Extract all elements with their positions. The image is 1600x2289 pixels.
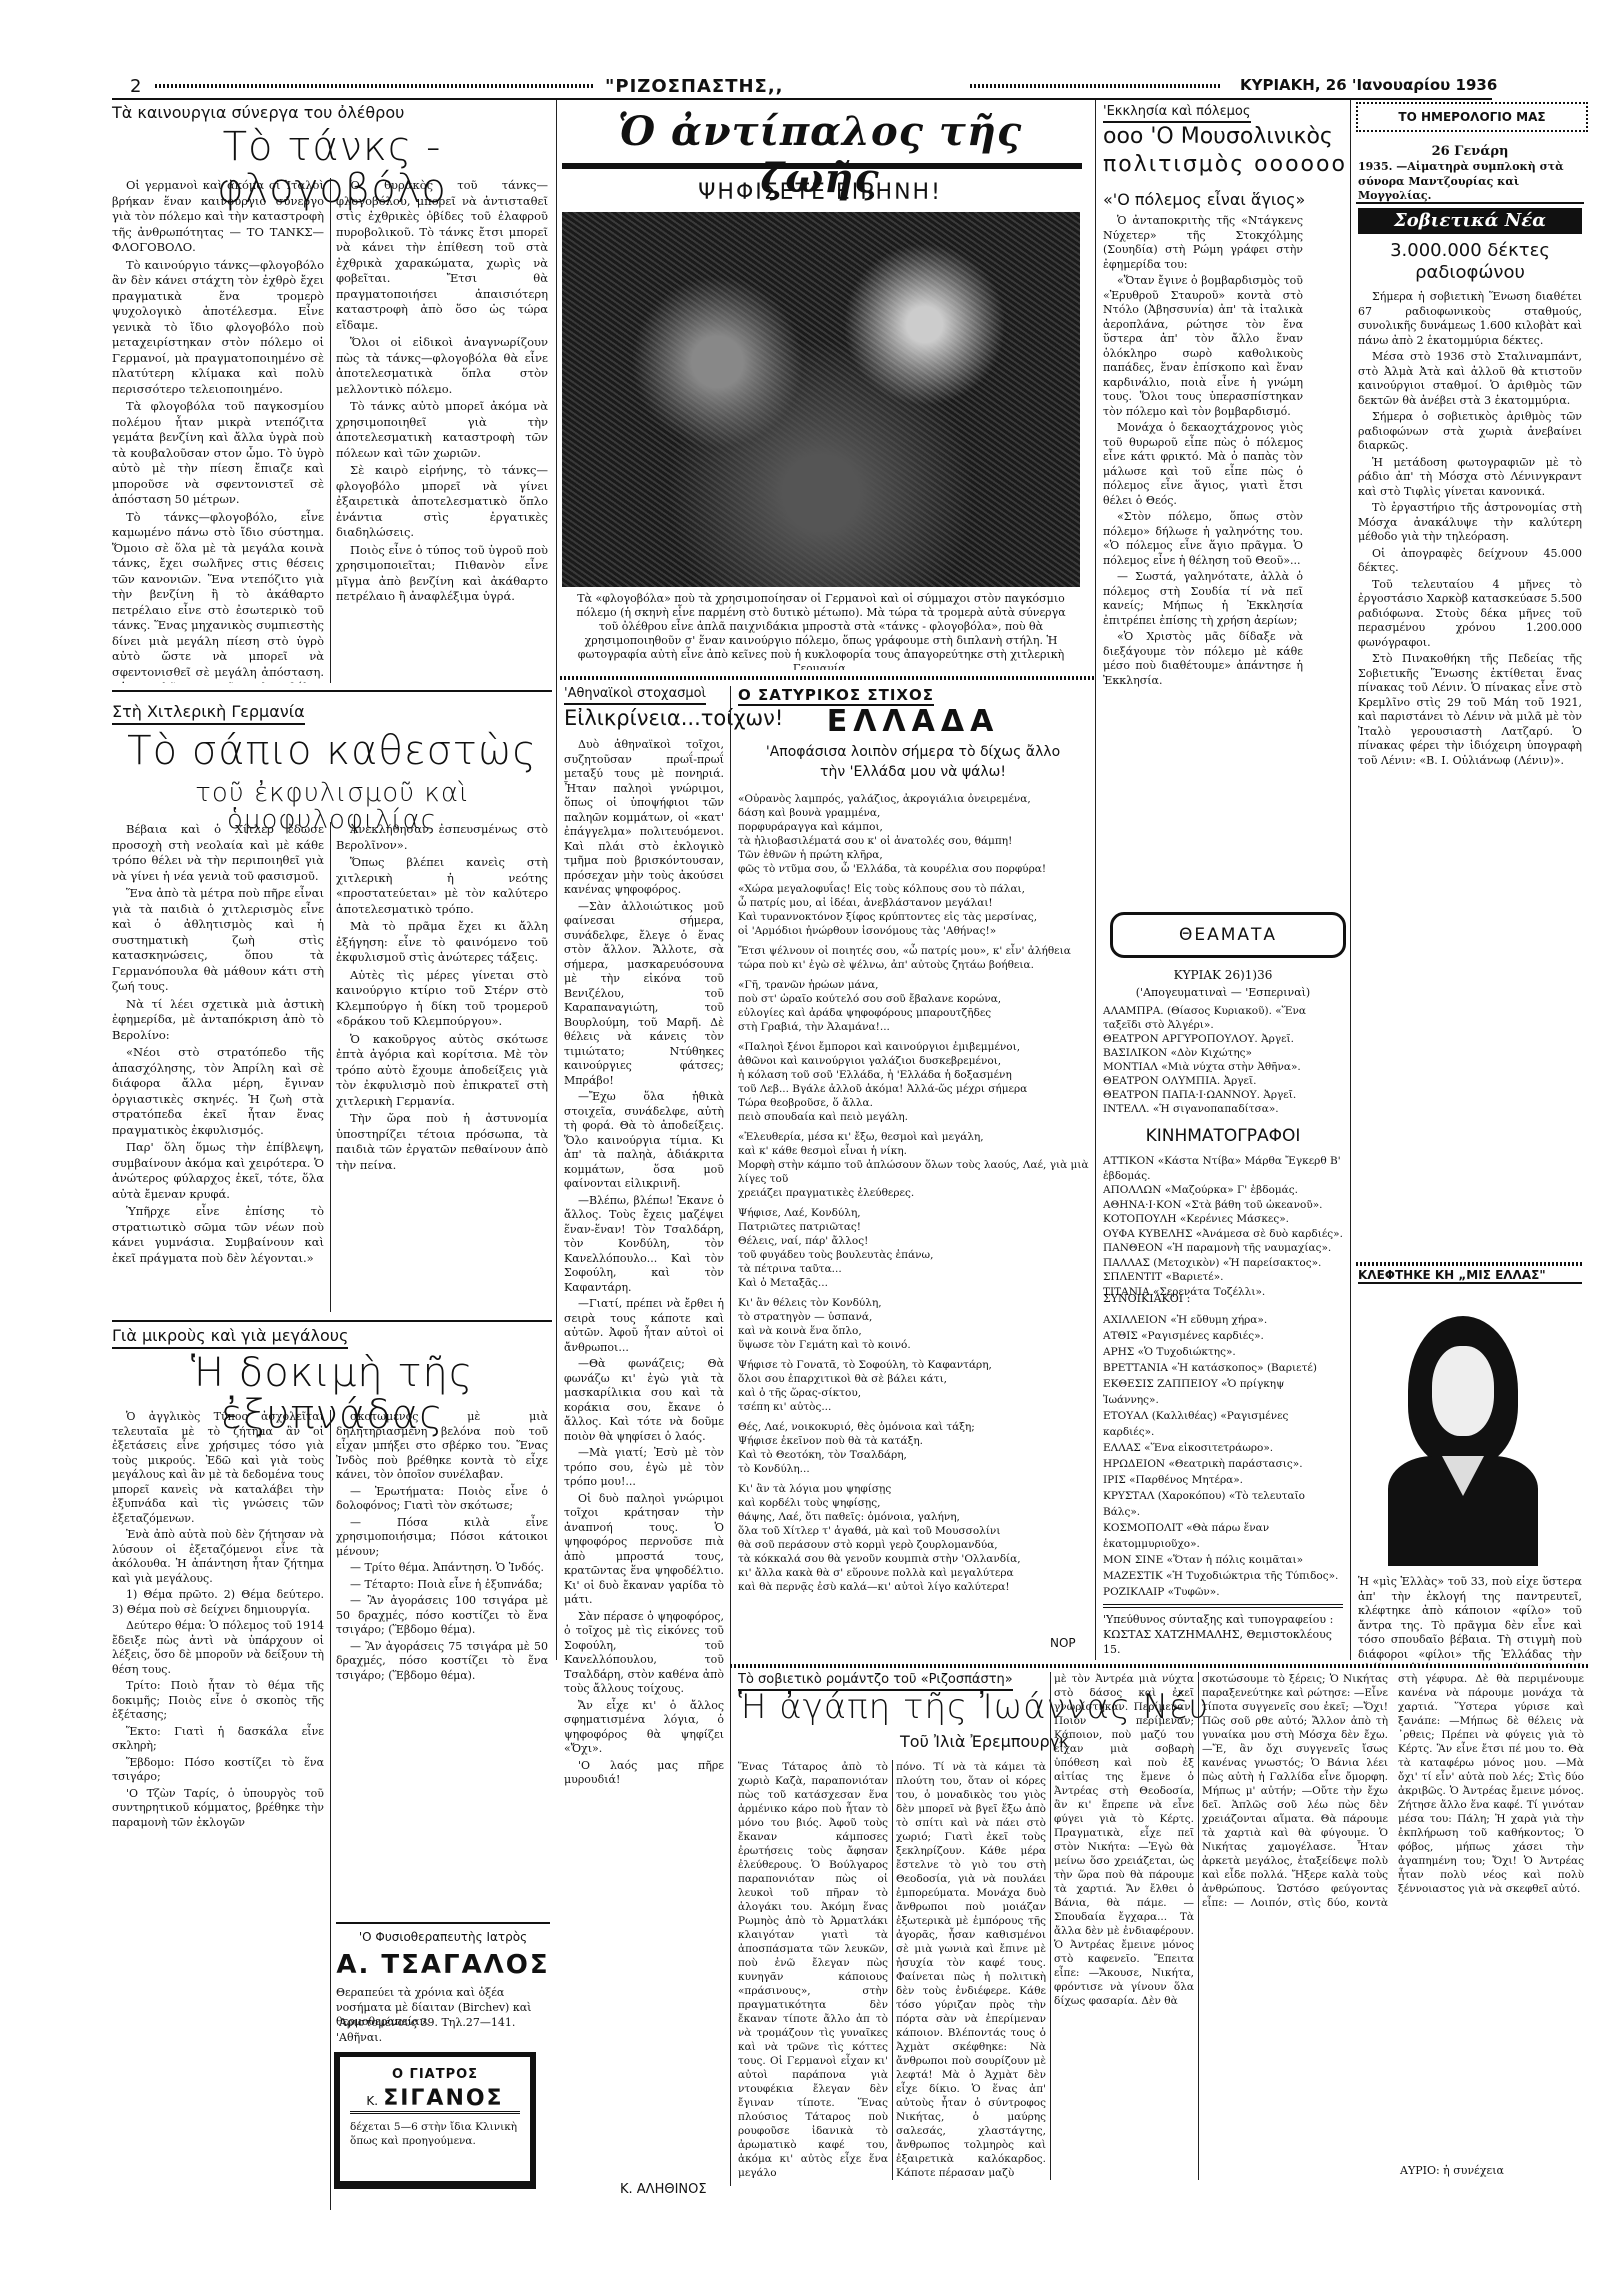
col-divider	[892, 1760, 893, 2180]
col-divider	[1050, 1672, 1051, 2180]
theater-subheader: ('Απογευματιναὶ — 'Εσπεριναὶ)	[1103, 986, 1343, 1001]
cinema-item: ΟΥΦΑ ΚΥΒΕΛΗΣ «Ἀνάμεσα σὲ δυὸ καρδιές».	[1103, 1227, 1343, 1242]
soviet-news-title: 3.000.000 δέκτες ραδιοφώνου	[1356, 240, 1584, 284]
satire-kicker: Ο ΣΑΤΥΡΙΚΟΣ ΣΤΙΧΟΣ	[738, 686, 934, 706]
cinema-item: ΑΤΤΙΚΟΝ «Κάστα Ντίβα» Μάρθα Ἔγκερθ Β' ἑβ…	[1103, 1154, 1343, 1183]
imprint-rule	[1103, 1604, 1343, 1608]
masthead-rule-right	[970, 84, 1220, 88]
col-divider	[330, 822, 331, 1312]
miss-hellas-title: ΚΛΕΦΤΗΚΕ ΚΗ „ΜΙΣ ΕΛΛΑΣ"	[1358, 1268, 1582, 1284]
section-rule	[112, 1320, 552, 1322]
neighborhood-item: ΗΡΩΔΕΙΟΝ «Θεατρικὴ παράστασις».	[1103, 1456, 1343, 1472]
theater-item: ΘΕΑΤΡΟΝ ΠΑΠΑ·Ι·ΩΑΝΝΟΥ. Ἀργεῖ.	[1103, 1088, 1343, 1102]
photo-feature-subtitle: ΨΗΦΙΣΕΤΕ ΕΙΡΗΝΗ!	[560, 180, 1080, 205]
neighborhood-item: ΡΟΖΙΚΛΑΙΡ «Τυφῶν».	[1103, 1584, 1343, 1600]
masthead-underline	[112, 98, 1492, 100]
serial-column-2: πόνο. Τί νὰ τὰ κάμει τὰ πλούτη του, ὅταν…	[896, 1760, 1046, 2180]
cinema-item: ΚΟΤΟΠΟΥΛΗ «Κερένιες Μάσκες».	[1103, 1212, 1343, 1227]
theamata-header-box: ΘΕΑΜΑΤΑ	[1110, 912, 1346, 958]
theater-list: ΑΛΑΜΠΡΑ. (Θίασος Κυριακοῦ). «Ἕνα ταξεῖδι…	[1103, 1004, 1343, 1116]
neighborhood-item: ΕΤΟΥΑΛ (Καλλιθέας) «Ραγισμένες καρδιές».	[1103, 1408, 1343, 1440]
neighborhood-item: ΚΟΣΜΟΠΟΛΙΤ «Θὰ πάρω ἕναν ἑκατομμυριοῦχο»…	[1103, 1520, 1343, 1552]
neighborhood-item: ΑΤΘΙΣ «Ραγισμένες καρδιές».	[1103, 1328, 1343, 1344]
section-rule	[1356, 1262, 1584, 1266]
neighborhood-item: ΕΛΛΑΣ «Ἕνα εἰκοσιτετράωρο».	[1103, 1440, 1343, 1456]
page-number: 2	[130, 76, 141, 97]
cinema-item: ΠΑΝΘΕΟΝ «Ἡ παραμονὴ τῆς ναυμαχίας».	[1103, 1241, 1343, 1256]
ad-tsagalos-name: Α. ΤΣΑΓΑΛΟΣ	[336, 1950, 550, 1980]
hitler-title: Τὸ σάπιο καθεστὼς	[112, 730, 552, 772]
battlefield-photo	[562, 212, 1080, 587]
alarm-column-2: σκοτωμένος μὲ μιὰ δηλητηριασμένη βελόνα …	[336, 1410, 548, 1905]
hitler-kicker: Στὴ Χιτλερικὴ Γερμανία	[112, 702, 305, 725]
col-divider	[1198, 1672, 1199, 2180]
masthead-rule-left	[155, 84, 595, 88]
neighborhood-header: ΣΥΝΟΙΚΙΑΚΟΙ :	[1103, 1292, 1343, 1307]
theater-item: ΒΑΣΙΛΙΚΟΝ «Δὸν Κιχώτης»	[1103, 1046, 1343, 1060]
church-body: Ὁ ἀνταποκριτὴς τῆς «Ντάγκενς Νύχετερ» τῆ…	[1103, 214, 1303, 894]
hitler-column-2: Ἀνεκλήθησαν ἐσπευσμένως στὸ Βερολῖνον». …	[336, 822, 548, 1312]
serial-column-1: Ἕνας Τάταρος ἀπὸ τὸ χωριὸ Καζὰ, παραπονι…	[738, 1760, 888, 2180]
cinema-list: ΑΤΤΙΚΟΝ «Κάστα Ντίβα» Μάρθα Ἔγκερθ Β' ἑβ…	[1103, 1154, 1343, 1299]
church-title-line2: πολιτισμὸς oooooo	[1103, 152, 1347, 177]
paper-name: "ΡΙΖΟΣΠΑΣΤΗΣ,,	[605, 76, 784, 97]
ad-rule	[336, 1922, 550, 1924]
ad-siganos-text: δέχεται 5—6 στὴν ἴδια Κλινικὴ ὅπως καὶ π…	[350, 2120, 520, 2148]
theater-item: ΘΕΑΤΡΟΝ ΑΡΓΥΡΟΠΟΥΛΟΥ. Ἀργεῖ.	[1103, 1032, 1343, 1046]
imprint: 'Υπεύθυνος σύνταξης καὶ τυπογραφείου : Κ…	[1103, 1612, 1343, 1657]
neighborhood-item: ΕΚΘΕΣΙΣ ΖΑΠΠΕΙΟΥ «Ὁ πρίγκηψ Ἰωάννης».	[1103, 1376, 1343, 1408]
issue-date: ΚΥΡΙΑΚΗ, 26 'Ιανουαρίου 1936	[1240, 76, 1497, 94]
walls-author: Κ. ΑΛΗΘΙΝΟΣ	[620, 2182, 707, 2197]
photo-caption: Τὰ «φλογοβόλα» ποὺ τὰ χρησιμοποίησαν οἱ …	[566, 592, 1076, 670]
neighborhood-item: ΜΑΖΕΣΤΙΚ «Ἡ Τυχοδιώκτρια τῆς Τύπιδος».	[1103, 1568, 1343, 1584]
poem-title: ΕΛΛΑΔΑ	[738, 704, 1088, 739]
neighborhood-item: ΑΧΙΛΛΕΙΟΝ «Ἡ εὔθυμη χήρα».	[1103, 1312, 1343, 1328]
section-rule	[730, 1664, 1590, 1668]
theater-item: ΙΝΤΕΛΛ. «Ἡ σιγανοπαπαδίτσα».	[1103, 1102, 1343, 1116]
cinema-header: ΚΙΝΗΜΑΤΟΓΡΑΦΟΙ	[1103, 1126, 1343, 1146]
ad-siganos-box: Ο ΓΙΑΤΡΟΣ Κ. ΣΙΓΑΝΟΣ δέχεται 5—6 στὴν ἴδ…	[334, 2052, 536, 2189]
church-subtitle: «'Ο πόλεμος εἶναι ἅγιος»	[1103, 190, 1305, 209]
masthead: 2 "ΡΙΖΟΣΠΑΣΤΗΣ,, ΚΥΡΙΑΚΗ, 26 'Ιανουαρίου…	[110, 76, 1520, 98]
walls-kicker: 'Αθηναϊκοὶ στοχασμοὶ	[564, 686, 706, 705]
poem-body: «Οὐρανὸς λαμπρός, γαλάζιος, ἀκρογιάλια ὀ…	[738, 792, 1090, 1632]
theater-body-intro	[1103, 880, 1343, 890]
col-divider	[330, 178, 331, 683]
serial-author: Τοῦ Ἰλιὰ Ἐρεμπουργκ	[900, 1732, 1069, 1751]
miss-hellas-text: Ἡ «μὶς Ἑλλὰς» τοῦ 33, ποὺ εἶχε ὕστερα ἀπ…	[1358, 1575, 1582, 1665]
neighborhood-item: ΙΡΙΣ «Παρθένος Μητέρα».	[1103, 1472, 1343, 1488]
serial-column-4: σκοτώσουμε τὸ ξέρεις; Ὁ Νικήτας παραξενε…	[1202, 1672, 1584, 2162]
soviet-news-banner: Σοβιετικά Νέα	[1358, 208, 1582, 234]
poem-intro-1: 'Αποφάσισα λοιπὸν σήμερα τὸ δίχως ἄλλο	[738, 744, 1088, 760]
neighborhood-item: ΚΡΥΣΤΑΛ (Χαροκόπου) «Τὸ τελευταῖο Βάλς».	[1103, 1488, 1343, 1520]
ad-siganos-heading: Ο ΓΙΑΤΡΟΣ	[340, 2067, 530, 2082]
theamata-header: ΘΕΑΜΑΤΑ	[1179, 925, 1277, 945]
serial-continued: ΑΥΡΙΟ: ἡ συνέχεια	[1400, 2164, 1504, 2179]
theater-item: ΜΟΝΤΙΑΛ «Μιὰ νύχτα στὴν Ἀθῆνα».	[1103, 1060, 1343, 1074]
tank-column-1: Οἱ γερμανοὶ καὶ ἀκόμα οἱ Ἰταλοὶ βρήκαν ἕ…	[112, 178, 324, 683]
calendar-header: ΤΟ ΗΜΕΡΟΛΟΓΙΟ ΜΑΣ	[1398, 110, 1545, 124]
section-rule	[112, 690, 552, 692]
col-divider	[1350, 100, 1351, 1660]
calendar-date: 26 Γενάρη	[1356, 144, 1584, 159]
cinema-item: ΣΠΛΕΝΤΙΤ «Βαριετέ».	[1103, 1270, 1343, 1285]
calendar-entry: 1935. —Αἱματηρὰ συμπλοκὴ στὰ σύνορα Μαντ…	[1358, 160, 1582, 204]
cinema-item: ΑΘΗΝΑ·Ι·ΚΟΝ «Στὰ βάθη τοῦ ὠκεανοῦ».	[1103, 1198, 1343, 1213]
neighborhood-item: ΒΡΕΤΤΑΝΙΑ «Ἡ κατάσκοπος» (Βαριετέ)	[1103, 1360, 1343, 1376]
miss-hellas-portrait	[1380, 1306, 1545, 1566]
section-rule	[560, 676, 1095, 680]
ad-siganos-name: ΣΙΓΑΝΟΣ	[383, 2086, 503, 2111]
ad-siganos-name-row: Κ. ΣΙΓΑΝΟΣ	[350, 2086, 520, 2114]
theater-item: ΑΛΑΜΠΡΑ. (Θίασος Κυριακοῦ). «Ἕνα ταξεῖδι…	[1103, 1004, 1343, 1032]
walls-body: Δυὸ ἀθηναϊκοὶ τοῖχοι, συζητοῦσαν πρωΐ-πρ…	[564, 738, 724, 2178]
col-divider	[1095, 100, 1096, 1660]
ad-tsagalos-heading: 'Ο Φυσιοθεραπευτὴς Ιατρὸς	[336, 1930, 550, 1944]
calendar-rule	[1356, 202, 1584, 204]
church-title-line1: ooo 'Ο Μουσολινικὸς	[1103, 124, 1333, 149]
hitler-column-1: Βέβαια καὶ ὁ Χίτλερ ἔδωσε προσοχὴ στὴ νε…	[112, 822, 324, 1312]
theater-item: ΘΕΑΤΡΟΝ ΟΛΥΜΠΙΑ. Ἀργεῖ.	[1103, 1074, 1343, 1088]
neighborhood-item: ΑΡΗΣ «Ὁ Τυχοδιώκτης».	[1103, 1344, 1343, 1360]
alarm-column-1: Ὁ ἀγγλικὸς Τύπος ἀσχολεῖται τελευταῖα μὲ…	[112, 1410, 324, 2210]
cinema-item: ΑΠΟΛΛΩΝ «Μαζούρκα» Γ' ἑβδομάς.	[1103, 1183, 1343, 1198]
poem-intro-2: τὴν 'Ελλάδα μου νὰ ψάλω!	[738, 764, 1088, 780]
cinema-item: ΠΑΛΛΑΣ (Μετοχικὸν) «Ἡ παρείσακτος».	[1103, 1256, 1343, 1271]
ad-siganos-prefix: Κ.	[366, 2094, 378, 2108]
neighborhood-list: ΑΧΙΛΛΕΙΟΝ «Ἡ εὔθυμη χήρα». ΑΤΘΙΣ «Ραγισμ…	[1103, 1312, 1343, 1600]
col-divider	[330, 1410, 331, 2210]
poem-author: ΝΟΡ	[1050, 1636, 1076, 1650]
tank-column-2: Ὁ θυρακὸς τοῦ τάνκς—φλογοβόλου, μπορεῖ ν…	[336, 178, 548, 683]
portrait-face	[1432, 1346, 1494, 1436]
calendar-header-box: ΤΟ ΗΜΕΡΟΛΟΓΙΟ ΜΑΣ	[1356, 102, 1588, 132]
theater-date: ΚΥΡΙΑΚ 26)1)36	[1103, 968, 1343, 983]
col-divider	[556, 100, 557, 1660]
serial-column-3: μὲ τὸν Ἀντρέα μιὰ νύχτα στὸ δάσος καὶ ἐκ…	[1054, 1672, 1194, 2180]
col-divider	[730, 686, 731, 2186]
tank-kicker: Τὰ καινουργια σύνεργα του ὀλέθρου	[112, 103, 404, 124]
church-kicker: 'Εκκλησία καὶ πόλεμος	[1103, 104, 1251, 123]
alarm-kicker: Γιὰ μικροὺς καὶ γιὰ μεγάλους	[112, 1326, 348, 1349]
ad-tsagalos-address: 'Αριστομένους 39. Τηλ.27—141. 'Αθῆναι.	[336, 2016, 550, 2045]
neighborhood-item: ΜΟΝ ΣΙΝΕ «Ὅταν ἡ πόλις κοιμᾶται»	[1103, 1552, 1343, 1568]
photo-title-underline	[562, 163, 1082, 169]
soviet-news-body: Σήμερα ἡ σοβιετικὴ Ἕνωση διαθέτει 67 ραδ…	[1358, 290, 1582, 1180]
